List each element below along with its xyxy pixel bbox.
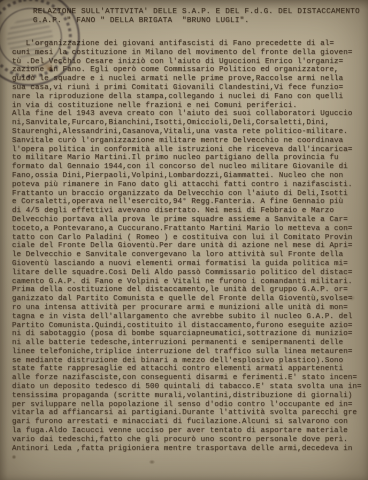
text-line: ciale del Fronte Della Gioventù.Per dare… — [12, 242, 362, 251]
text-line: di 4/5 degli effettivi avevano disertato… — [12, 207, 362, 216]
text-line: la fuga.Aldo Iacucci venne ucciso per av… — [12, 427, 362, 436]
document-title: RELAZIONE SULL'ATTIVITA' DELLE S.A.P. E … — [33, 8, 360, 27]
text-line: tensissima propaganda (scritte murali,vo… — [12, 392, 362, 401]
text-line: litare delle squadre.Così Deli Aldo pass… — [12, 269, 362, 278]
text-line: state fatte rappresaglie ed attacchi con… — [12, 365, 362, 374]
document-page: RELAZIONE SULL'ATTIVITA' DELLE S.A.P. E … — [0, 0, 368, 480]
document-body: L'organizzazione dei giovani antifascist… — [12, 40, 362, 453]
text-line: tagna e in vista dell'allargamento che a… — [12, 313, 362, 322]
text-line: tatto con Carlo Paladini ( Romeo ) e cos… — [12, 234, 362, 243]
text-line: ro una intensa attività per procurare ar… — [12, 304, 362, 313]
text-line: formato dal Gennaio 1944,con il concorso… — [12, 163, 362, 172]
text-line: ni alle batterie tedesche,interruzioni p… — [12, 339, 362, 348]
text-line: ganizzato dal Partito Comunista e quelle… — [12, 295, 362, 304]
text-line: Partito Comunista.Quindi,costituito il d… — [12, 322, 362, 331]
text-line: sua casa,vi riunì i primi Comitati Giova… — [12, 84, 362, 93]
text-line: to militare Mario Martini.Il primo nucle… — [12, 154, 362, 163]
text-line: G.A.P. " FANO " DELLA BRIGATA "BRUNO LUG… — [33, 17, 360, 26]
text-line: Alla fine del 1943 aveva creato con l'ai… — [12, 110, 362, 119]
text-line: alle forze nazifasciste,con conseguenti … — [12, 374, 362, 383]
text-line: nare la riproduzione della stampa,colleg… — [12, 93, 362, 102]
text-line: poteva più rimanere in Fano dato gli att… — [12, 181, 362, 190]
text-line: linee telefoniche,triplice interruzione … — [12, 348, 362, 357]
text-line: Fano,ossia Dini,Pierpaoli,Volpini,Lombar… — [12, 172, 362, 181]
text-line: le Delvecchio e Sanvitale convergevano l… — [12, 251, 362, 260]
text-line: ni,Sanvitale,Furcaro,Bianchini,Isotti,Om… — [12, 119, 362, 128]
text-line: vario dai tedeschi,fatto che gli procurò… — [12, 436, 362, 445]
text-line: Staurenghi,Alessandrini,Casanova,Vitali,… — [12, 128, 362, 137]
text-line: Delvecchio portava alla prova le prime s… — [12, 216, 362, 225]
text-line: Prima della costituzione del distaccamen… — [12, 286, 362, 295]
text-line: gari furono arrestati e minacciati di fu… — [12, 418, 362, 427]
text-line: vitarla ad affiancarsi ai partigiani.Dur… — [12, 409, 362, 418]
text-line: ni di sabotaggio (posa di bombe squarcia… — [12, 330, 362, 339]
text-line: toceto,a Pontevarano,a Cuccurano.Frattan… — [12, 225, 362, 234]
text-line: guidò le squadre e i nuclei armati nelle… — [12, 75, 362, 84]
text-line: diato un deposito tedesco di 500 quintal… — [12, 383, 362, 392]
text-line: Gioventù lasciando a nuovi elementi orma… — [12, 260, 362, 269]
text-line: Antinori Leda ,fatta prigioniera mentre … — [12, 445, 362, 454]
text-line: camento G.A.P. di Fano e Volpini e Vital… — [12, 278, 362, 287]
text-line: e Corsaletti,operava nell'esercito,94° R… — [12, 198, 362, 207]
text-line: RELAZIONE SULL'ATTIVITA' DELLE S.A.P. E … — [33, 8, 360, 17]
text-line: Sanvitale curò l'organizzazione militare… — [12, 137, 362, 146]
